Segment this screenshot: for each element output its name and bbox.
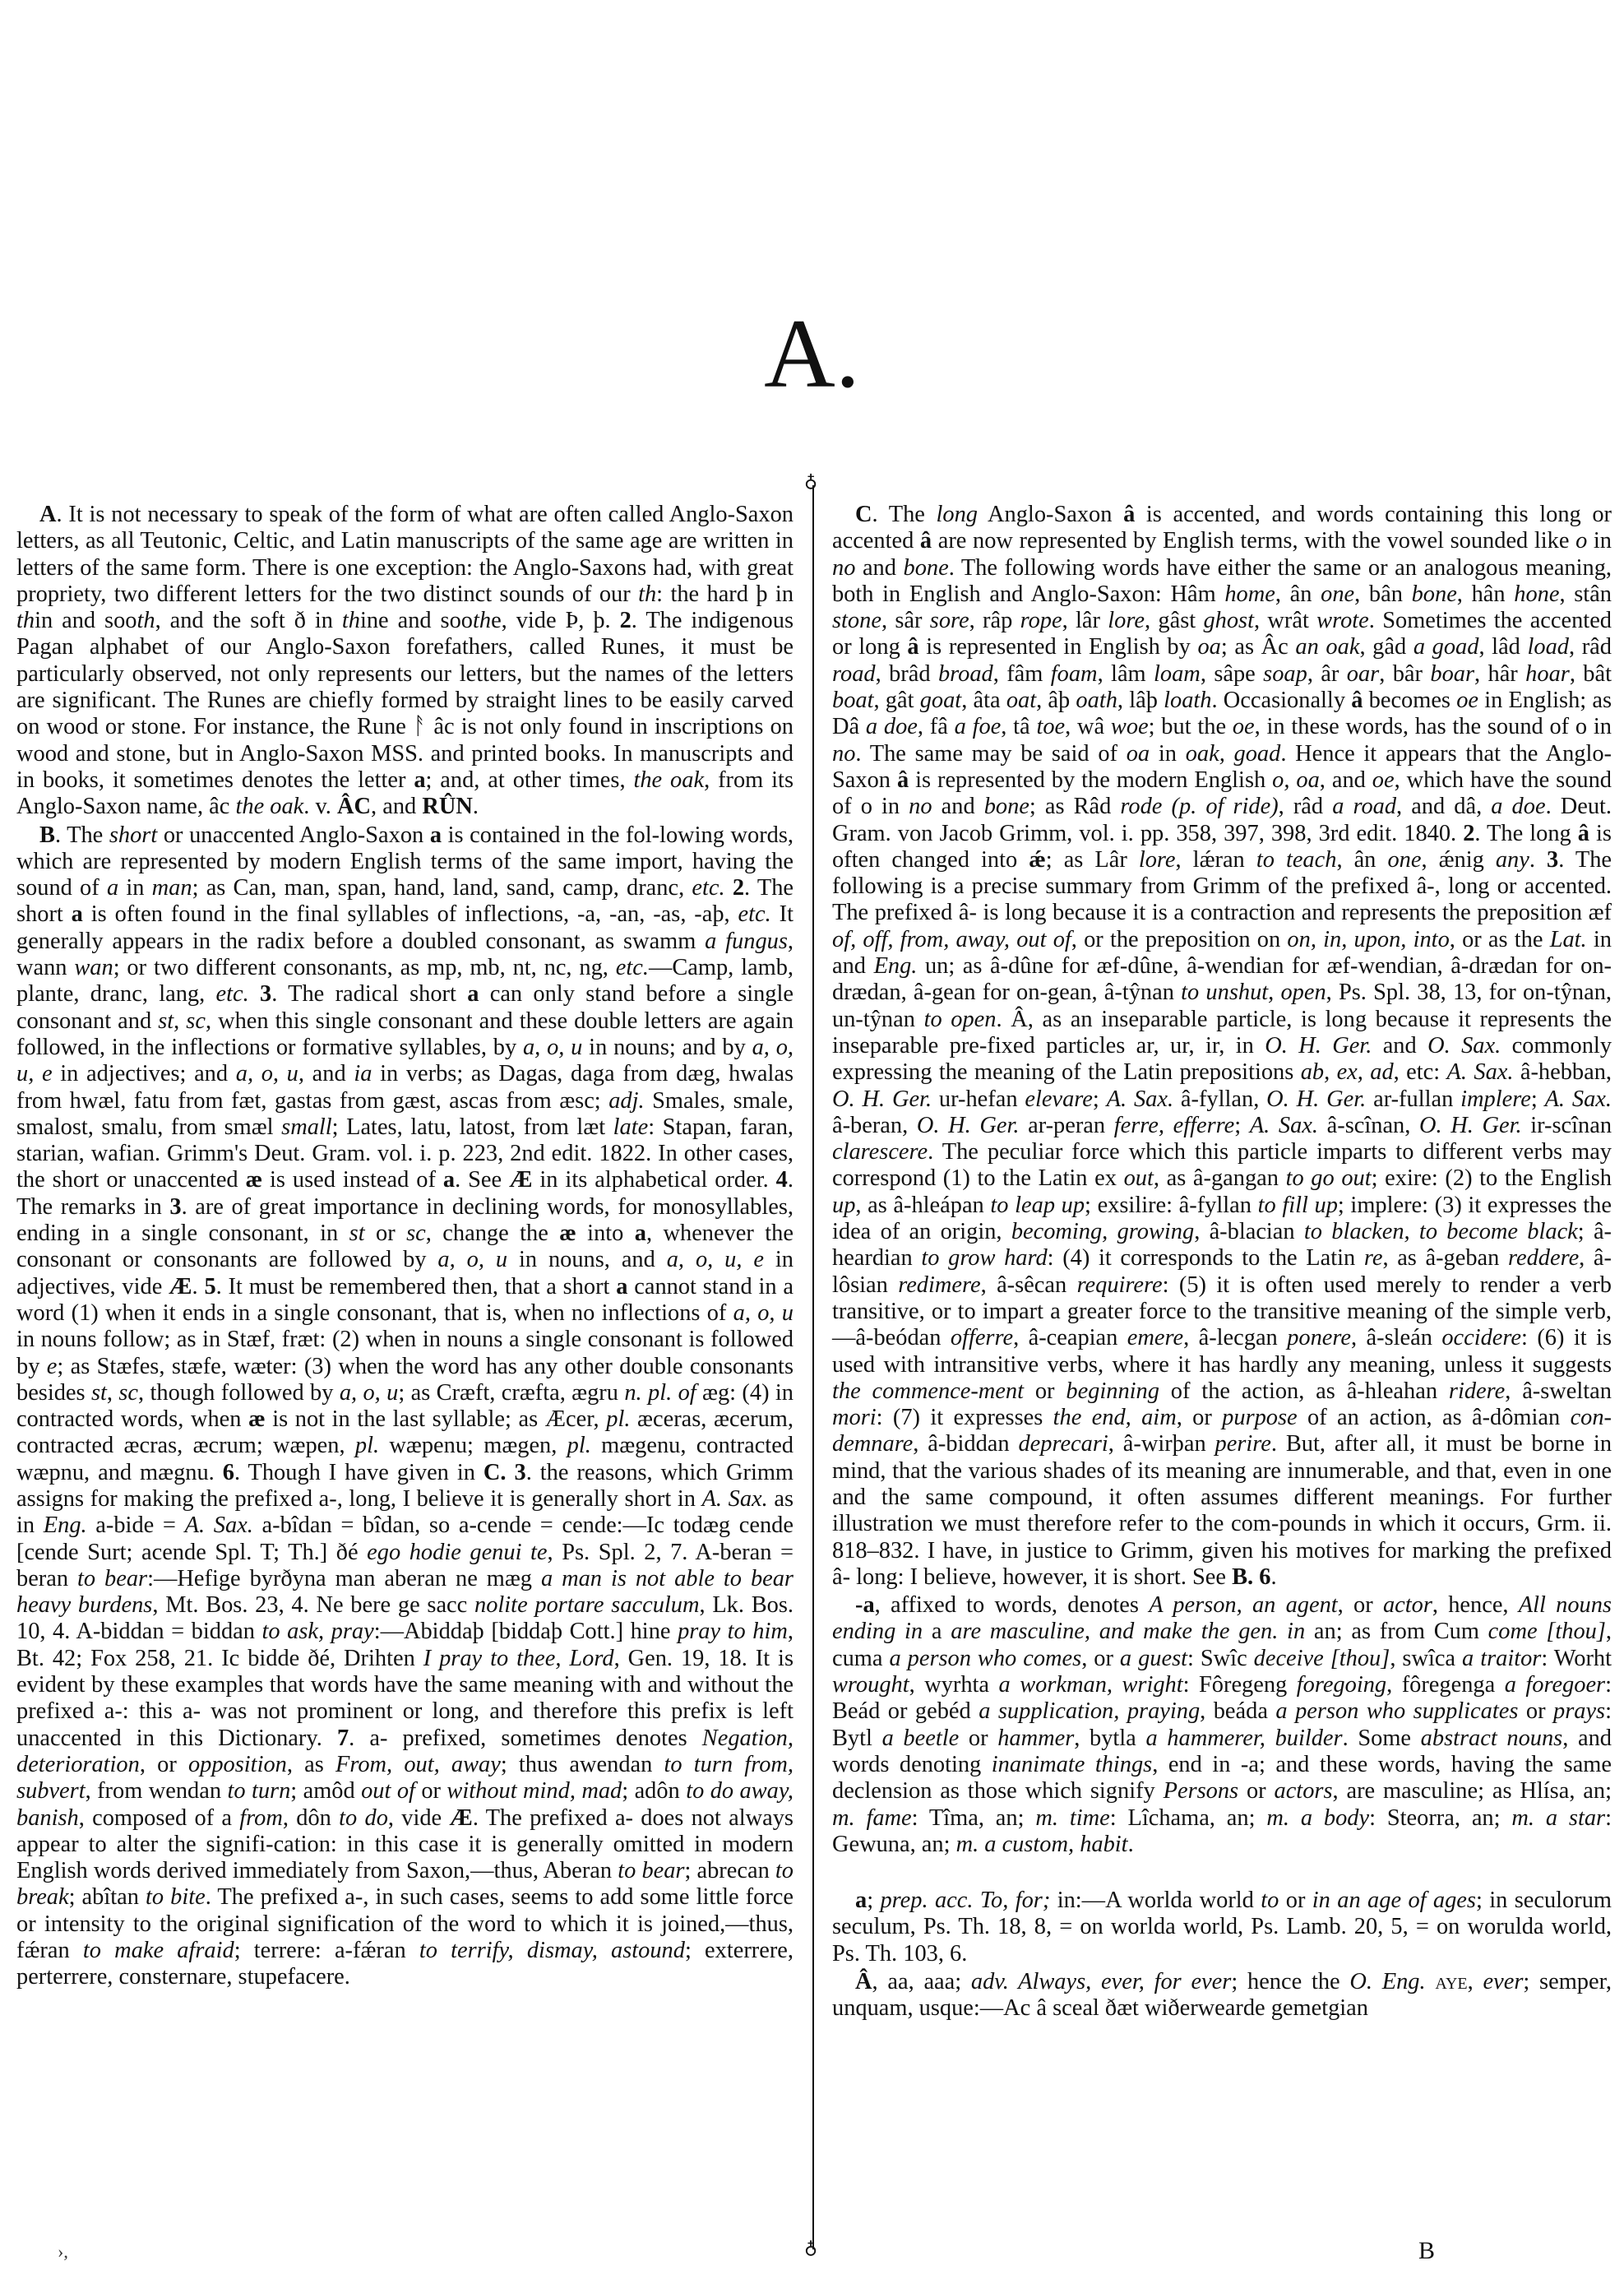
headword: 3 bbox=[169, 1194, 181, 1220]
body-text: â-scînan, bbox=[1318, 1113, 1419, 1138]
body-text: , sâpe bbox=[1201, 661, 1263, 687]
body-text: , and bbox=[1320, 767, 1372, 793]
italic-gloss: a, o, u, e bbox=[667, 1247, 764, 1272]
headword: a bbox=[443, 1167, 455, 1193]
body-text: , gât bbox=[873, 688, 919, 713]
body-text: , bât bbox=[1570, 661, 1612, 687]
italic-gloss: the oak bbox=[235, 794, 303, 819]
body-text: , affixed to words, denotes bbox=[875, 1592, 1150, 1618]
italic-gloss: st bbox=[91, 1380, 107, 1406]
italic-gloss: goat bbox=[920, 688, 961, 713]
body-text: , though followed by bbox=[138, 1380, 340, 1406]
headword: â bbox=[897, 767, 909, 793]
italic-gloss: to bbox=[1261, 1888, 1279, 1913]
body-text: of the action, as â-hleahan bbox=[1159, 1378, 1449, 1404]
entry-paragraph-a: A. It is not necessary to speak of the f… bbox=[16, 502, 793, 821]
body-text: , âta bbox=[961, 688, 1006, 713]
body-text: , tâ bbox=[1001, 714, 1036, 739]
body-text: becomes bbox=[1363, 688, 1456, 713]
headword: C. 3 bbox=[483, 1460, 526, 1485]
italic-gloss: A. Sax. bbox=[702, 1486, 768, 1512]
italic-gloss: sc bbox=[118, 1380, 138, 1406]
body-text: , lâr bbox=[1062, 608, 1108, 633]
body-text: e, vide Þ, þ. bbox=[491, 608, 620, 633]
italic-gloss: actor bbox=[1383, 1592, 1432, 1618]
headword: 5 bbox=[204, 1274, 215, 1299]
body-text: or bbox=[365, 1221, 407, 1246]
italic-gloss: a beetle bbox=[882, 1726, 960, 1751]
italic-gloss: to bite bbox=[146, 1884, 206, 1910]
italic-gloss: O. Sax. bbox=[1427, 1033, 1501, 1059]
body-text bbox=[1426, 1969, 1436, 1994]
body-text: : (4) it corresponds to the Latin bbox=[1048, 1245, 1364, 1271]
italic-gloss: late bbox=[613, 1114, 649, 1140]
body-text: and bbox=[1372, 1033, 1427, 1059]
body-text: : Lîchama, an; bbox=[1110, 1805, 1267, 1831]
italic-gloss: short bbox=[109, 822, 157, 848]
entry-paragraph--a: -a, affixed to words, denotes A person, … bbox=[832, 1592, 1612, 1858]
italic-gloss: loath bbox=[1164, 688, 1211, 713]
italic-gloss: m. a body bbox=[1266, 1805, 1369, 1831]
italic-gloss: to blacken, to become black bbox=[1304, 1219, 1578, 1244]
body-text: . Some bbox=[1343, 1726, 1421, 1751]
body-text: or bbox=[1238, 1778, 1274, 1804]
body-text: , bân bbox=[1354, 581, 1411, 607]
headword: a bbox=[72, 901, 83, 927]
body-text: . bbox=[1128, 1832, 1134, 1857]
left-column: A. It is not necessary to speak of the f… bbox=[16, 502, 793, 1991]
headword: â bbox=[1123, 502, 1135, 527]
body-text: , or the preposition on bbox=[1071, 927, 1288, 952]
body-text: , ân bbox=[1275, 581, 1321, 607]
body-text: Anglo-Saxon bbox=[978, 502, 1123, 527]
body-text: and bbox=[932, 794, 984, 819]
italic-gloss: elevare bbox=[1025, 1086, 1092, 1112]
body-text: , and dâ, bbox=[1396, 794, 1491, 819]
headword: æ bbox=[248, 1406, 266, 1432]
body-text: , or bbox=[1081, 1646, 1120, 1671]
italic-gloss: m. a custom, habit bbox=[956, 1832, 1128, 1857]
italic-gloss: th bbox=[342, 608, 360, 633]
body-text: , from wendan bbox=[86, 1778, 228, 1804]
italic-gloss: hone bbox=[1514, 581, 1559, 607]
italic-gloss: pl. bbox=[606, 1406, 630, 1432]
body-text: , as bbox=[287, 1752, 335, 1777]
italic-gloss: oa bbox=[1197, 634, 1220, 660]
italic-gloss: A person, an agent bbox=[1149, 1592, 1337, 1618]
catchword: B bbox=[1418, 2237, 1435, 2265]
italic-gloss: a fungus bbox=[705, 929, 788, 954]
body-text: an; as from Cum bbox=[1305, 1619, 1488, 1644]
body-text: or bbox=[1279, 1888, 1312, 1913]
body-text: , sâr bbox=[881, 608, 930, 633]
italic-gloss: opposition bbox=[188, 1752, 287, 1777]
italic-gloss: purpose bbox=[1222, 1405, 1297, 1430]
body-text: , fâm bbox=[993, 661, 1051, 687]
italic-gloss: O. H. Ger. bbox=[832, 1086, 932, 1112]
body-text: ; or two different consonants, as mp, mb… bbox=[113, 955, 616, 980]
body-text: , or as the bbox=[1450, 927, 1550, 952]
headword: â bbox=[907, 634, 918, 660]
headword: â bbox=[1351, 688, 1363, 713]
body-text: , change the bbox=[426, 1221, 559, 1246]
italic-gloss: are masculine, and make the gen. in bbox=[951, 1619, 1305, 1644]
italic-gloss: to do bbox=[339, 1805, 388, 1831]
italic-gloss: woe bbox=[1111, 714, 1149, 739]
headword: ÂC bbox=[337, 794, 371, 819]
italic-gloss: pl. bbox=[567, 1433, 591, 1458]
body-text: and bbox=[304, 1061, 354, 1086]
italic-gloss: th bbox=[473, 608, 491, 633]
body-text: ur-hefan bbox=[932, 1086, 1025, 1112]
column-rule-ornament-top-icon: ♁ bbox=[804, 472, 817, 490]
italic-gloss: a traitor bbox=[1462, 1646, 1541, 1671]
body-text: , ǽnig bbox=[1421, 847, 1495, 873]
body-text: , or bbox=[1177, 1405, 1222, 1430]
column-divider bbox=[812, 485, 814, 2249]
body-text: is represented in English by bbox=[919, 634, 1198, 660]
entry-paragraph-c: C. The long Anglo-Saxon â is accented, a… bbox=[832, 502, 1612, 1591]
body-text: , bbox=[1468, 1969, 1483, 1994]
italic-gloss: oe bbox=[1456, 688, 1478, 713]
italic-gloss: a person who supplicates bbox=[1275, 1698, 1518, 1724]
italic-gloss: deceive [thou] bbox=[1254, 1646, 1390, 1671]
italic-gloss: a bbox=[107, 875, 118, 901]
italic-gloss: bone bbox=[904, 555, 949, 581]
body-text: â-beran, bbox=[832, 1113, 917, 1138]
italic-gloss: a guest bbox=[1120, 1646, 1187, 1671]
headword: æ bbox=[559, 1221, 576, 1246]
body-text: , brâd bbox=[876, 661, 938, 687]
italic-gloss: A. Sax. bbox=[1250, 1113, 1318, 1138]
body-text: ; exire: (2) to the English bbox=[1372, 1165, 1612, 1191]
body-text: , swîca bbox=[1390, 1646, 1462, 1671]
italic-gloss: A. Sax. bbox=[185, 1513, 253, 1538]
italic-gloss: small bbox=[281, 1114, 332, 1140]
italic-gloss: st bbox=[349, 1221, 365, 1246]
italic-gloss: implere bbox=[1460, 1086, 1531, 1112]
body-text: ; thus awendan bbox=[501, 1752, 664, 1777]
italic-gloss: a foe bbox=[955, 714, 1002, 739]
body-text: , bbox=[107, 1380, 118, 1406]
italic-gloss: from bbox=[239, 1805, 283, 1831]
italic-gloss: Eng. bbox=[44, 1513, 87, 1538]
italic-gloss: a hammerer, builder bbox=[1145, 1726, 1342, 1751]
body-text: , â-sweltan bbox=[1505, 1378, 1612, 1404]
headword: a bbox=[467, 981, 479, 1007]
headword: 2 bbox=[1463, 821, 1474, 846]
italic-gloss: no bbox=[832, 555, 855, 581]
body-text: , or bbox=[1338, 1592, 1383, 1618]
body-text: , fâ bbox=[918, 714, 955, 739]
body-text: of an action, as â-dômian bbox=[1298, 1405, 1571, 1430]
body-text: . It must be remembered then, that a sho… bbox=[216, 1274, 617, 1299]
italic-gloss: wrought bbox=[832, 1672, 909, 1698]
body-text: â-fyllan, bbox=[1173, 1086, 1266, 1112]
body-text: , vide bbox=[388, 1805, 450, 1831]
headword: â bbox=[1578, 821, 1589, 846]
body-text: ir-scînan bbox=[1522, 1113, 1612, 1138]
body-text: , dôn bbox=[283, 1805, 339, 1831]
italic-gloss: ghost bbox=[1203, 608, 1254, 633]
italic-gloss: Lat. bbox=[1550, 927, 1587, 952]
italic-gloss: boar bbox=[1430, 661, 1474, 687]
body-text: , lâþ bbox=[1117, 688, 1164, 713]
italic-gloss: o, oa bbox=[1272, 767, 1320, 793]
body-text: ; as Âc bbox=[1221, 634, 1296, 660]
italic-gloss: a goad bbox=[1413, 634, 1479, 660]
body-text: ; as Can, man, span, hand, land, sand, c… bbox=[192, 875, 692, 901]
italic-gloss: wrote bbox=[1316, 608, 1369, 633]
body-text: ; adôn bbox=[622, 1778, 686, 1804]
body-text: â-hebban, bbox=[1513, 1059, 1612, 1085]
italic-gloss: to turn bbox=[227, 1778, 290, 1804]
italic-gloss: deprecari bbox=[1018, 1431, 1108, 1457]
body-text: : Worht bbox=[1541, 1646, 1612, 1671]
body-text: , as â-hleápan bbox=[855, 1193, 990, 1218]
italic-gloss: oat bbox=[1006, 688, 1036, 713]
body-text: , gâd bbox=[1359, 634, 1413, 660]
body-text: , wrât bbox=[1254, 608, 1316, 633]
body-text: in nouns; and by bbox=[582, 1035, 752, 1060]
entry-paragraph-a-prep: a; prep. acc. To, for; in:—A worlda worl… bbox=[832, 1888, 1612, 1967]
body-text: . The long bbox=[1474, 821, 1577, 846]
italic-gloss: sc bbox=[406, 1221, 426, 1246]
body-text: or bbox=[1518, 1698, 1553, 1724]
body-text: , âþ bbox=[1036, 688, 1076, 713]
italic-gloss: ab, ex, ad bbox=[1301, 1059, 1394, 1085]
italic-gloss: to go out bbox=[1286, 1165, 1372, 1191]
headword: C bbox=[855, 502, 872, 527]
headword: â bbox=[920, 528, 932, 554]
italic-gloss: Persons bbox=[1164, 1778, 1238, 1804]
italic-gloss: O. H. Ger. bbox=[1265, 1033, 1372, 1059]
body-text: ; bbox=[1531, 1086, 1545, 1112]
italic-gloss: to leap up bbox=[990, 1193, 1085, 1218]
italic-gloss: a, o, u, bbox=[236, 1061, 304, 1086]
body-text: a-bide = bbox=[87, 1513, 185, 1538]
italic-gloss: a person who comes bbox=[889, 1646, 1081, 1671]
italic-gloss: a doe bbox=[1491, 794, 1545, 819]
body-text: , â-biddan bbox=[913, 1431, 1018, 1457]
body-text: , hence, bbox=[1432, 1592, 1519, 1618]
italic-gloss: etc. bbox=[738, 901, 771, 927]
italic-gloss: a foregoer bbox=[1505, 1672, 1605, 1698]
italic-gloss: a, o, u bbox=[340, 1380, 399, 1406]
body-text: ; as Lâr bbox=[1046, 847, 1139, 873]
italic-gloss: foregoing bbox=[1297, 1672, 1386, 1698]
body-text: , and the soft ð in bbox=[155, 608, 342, 633]
italic-gloss: the oak bbox=[633, 767, 704, 793]
body-text: or unaccented Anglo-Saxon bbox=[157, 822, 430, 848]
italic-gloss: O. Eng. bbox=[1349, 1969, 1425, 1994]
body-text: . The radical short bbox=[271, 981, 467, 1007]
body-text: is not in the last syllable; as Æcer, bbox=[266, 1406, 607, 1432]
italic-gloss: etc. bbox=[616, 955, 649, 980]
italic-gloss: n. pl. of bbox=[624, 1380, 696, 1406]
italic-gloss: lore bbox=[1108, 608, 1145, 633]
italic-gloss: adv. Always, ever, for ever bbox=[971, 1969, 1231, 1994]
italic-gloss: up bbox=[832, 1193, 855, 1218]
italic-gloss: out bbox=[1124, 1165, 1154, 1191]
headword: a bbox=[635, 1221, 646, 1246]
italic-gloss: offerre bbox=[951, 1325, 1013, 1350]
italic-gloss: out of bbox=[361, 1778, 415, 1804]
body-text: , hân bbox=[1457, 581, 1514, 607]
italic-gloss: A. Sax. bbox=[1107, 1086, 1173, 1112]
italic-gloss: bone bbox=[984, 794, 1029, 819]
italic-gloss: come [thou] bbox=[1488, 1619, 1606, 1644]
italic-gloss: no bbox=[832, 741, 855, 767]
body-text: in its alphabetical order. bbox=[532, 1167, 775, 1193]
italic-gloss: redimere bbox=[898, 1272, 980, 1298]
italic-gloss: rope bbox=[1020, 608, 1062, 633]
italic-gloss: to ask, pray bbox=[262, 1619, 374, 1644]
italic-gloss: soap bbox=[1263, 661, 1307, 687]
italic-gloss: a, o, u bbox=[733, 1300, 793, 1326]
italic-gloss: ferre, efferre bbox=[1114, 1113, 1235, 1138]
italic-gloss: O. H. Ger. bbox=[917, 1113, 1020, 1138]
italic-gloss: ego hodie genui te bbox=[367, 1540, 547, 1565]
italic-gloss: to bear bbox=[618, 1858, 684, 1883]
italic-gloss: emere bbox=[1127, 1325, 1183, 1350]
body-text: . The indigenous Pagan alphabet of our A… bbox=[16, 608, 793, 793]
italic-gloss: th bbox=[16, 608, 35, 633]
headword: 7 bbox=[337, 1726, 349, 1751]
body-text bbox=[725, 875, 733, 901]
body-text: is represented by the modern English bbox=[909, 767, 1272, 793]
body-text: ; bbox=[1093, 1086, 1107, 1112]
body-text: , â-blacian bbox=[1194, 1219, 1304, 1244]
italic-gloss: O. H. Ger. bbox=[1266, 1086, 1366, 1112]
body-text: . bbox=[473, 794, 479, 819]
body-text: , â-sleán bbox=[1351, 1325, 1441, 1350]
italic-gloss: to fill up bbox=[1258, 1193, 1338, 1218]
italic-gloss: oe bbox=[1372, 767, 1395, 793]
italic-gloss: hoar bbox=[1525, 661, 1570, 687]
body-text: , as â-geban bbox=[1382, 1245, 1508, 1271]
italic-gloss: the commence-ment bbox=[832, 1378, 1024, 1404]
italic-gloss: o bbox=[1575, 528, 1587, 554]
body-text: . Occasionally bbox=[1212, 688, 1352, 713]
italic-gloss: to make afraid bbox=[83, 1938, 234, 1963]
italic-gloss: rode (p. of ride) bbox=[1120, 794, 1278, 819]
italic-gloss: mori bbox=[832, 1405, 877, 1430]
italic-gloss: wan bbox=[74, 955, 113, 980]
italic-gloss: broad bbox=[938, 661, 993, 687]
headword: B bbox=[39, 822, 55, 848]
body-text: : (7) it expresses bbox=[877, 1405, 1053, 1430]
italic-gloss: one bbox=[1321, 581, 1354, 607]
body-text: , etc: bbox=[1394, 1059, 1447, 1085]
italic-gloss: ia bbox=[354, 1061, 372, 1086]
italic-gloss: to bear bbox=[77, 1566, 147, 1591]
body-text: , or bbox=[140, 1752, 188, 1777]
italic-gloss: a road bbox=[1332, 794, 1396, 819]
body-text: ; and, at other times, bbox=[426, 767, 634, 793]
body-text bbox=[249, 981, 260, 1007]
italic-gloss: th bbox=[137, 608, 155, 633]
italic-gloss: oar bbox=[1347, 661, 1379, 687]
italic-gloss: the end, aim bbox=[1053, 1405, 1177, 1430]
body-text: , as â-gangan bbox=[1154, 1165, 1286, 1191]
headword: Æ bbox=[509, 1167, 532, 1193]
body-text: . a- prefixed, sometimes denotes bbox=[349, 1726, 702, 1751]
body-text: , â-wirþan bbox=[1108, 1431, 1215, 1457]
small-caps-text: aye bbox=[1435, 1969, 1467, 1994]
italic-gloss: lore bbox=[1139, 847, 1176, 873]
italic-gloss: beginning bbox=[1066, 1378, 1159, 1404]
headword: Æ bbox=[169, 1274, 192, 1299]
headword: 3 bbox=[260, 981, 271, 1007]
italic-gloss: one bbox=[1387, 847, 1421, 873]
italic-gloss: oath bbox=[1076, 688, 1117, 713]
headword: ǽ bbox=[1029, 847, 1046, 873]
body-text: ; bbox=[1234, 1113, 1250, 1138]
headword: 3 bbox=[1547, 847, 1558, 873]
italic-gloss: bone bbox=[1412, 581, 1457, 607]
headword: RÛN bbox=[422, 794, 473, 819]
body-text: :—Abiddaþ [biddaþ Cott.] hine bbox=[374, 1619, 678, 1644]
body-text: , gâst bbox=[1145, 608, 1203, 633]
body-text: , fôregenga bbox=[1386, 1672, 1505, 1698]
body-text: , râd bbox=[1569, 634, 1612, 660]
italic-gloss: to grow hard bbox=[921, 1245, 1047, 1271]
italic-gloss: no bbox=[909, 794, 932, 819]
italic-gloss: loam bbox=[1154, 661, 1201, 687]
body-text: : Steorra, an; bbox=[1369, 1805, 1511, 1831]
body-text: ar-fullan bbox=[1366, 1086, 1460, 1112]
italic-gloss: reddere bbox=[1508, 1245, 1579, 1271]
italic-gloss: A. Sax. bbox=[1545, 1086, 1612, 1112]
italic-gloss: m. a star bbox=[1511, 1805, 1605, 1831]
italic-gloss: man bbox=[152, 875, 192, 901]
body-text: . bbox=[1529, 847, 1547, 873]
italic-gloss: requirere bbox=[1077, 1272, 1163, 1298]
italic-gloss: oa bbox=[1127, 741, 1150, 767]
body-text: , hâr bbox=[1474, 661, 1525, 687]
italic-gloss: pl. bbox=[355, 1433, 379, 1458]
body-text: are now represented by English terms, wi… bbox=[932, 528, 1575, 554]
italic-gloss: inanimate things bbox=[992, 1752, 1152, 1777]
italic-gloss: load bbox=[1528, 634, 1569, 660]
italic-gloss: perire bbox=[1215, 1431, 1271, 1457]
italic-gloss: hammer bbox=[997, 1726, 1074, 1751]
body-text: . Though I have given in bbox=[234, 1460, 483, 1485]
body-text: or bbox=[1024, 1378, 1066, 1404]
body-text: ; amôd bbox=[290, 1778, 361, 1804]
body-text: , ân bbox=[1336, 847, 1387, 873]
body-text: , aa, aaa; bbox=[872, 1969, 971, 1994]
body-text: ine and soo bbox=[360, 608, 473, 633]
body-text: , wâ bbox=[1065, 714, 1111, 739]
italic-gloss: on, in, upon, into bbox=[1287, 927, 1449, 952]
italic-gloss: home bbox=[1224, 581, 1275, 607]
italic-gloss: a doe bbox=[866, 714, 918, 739]
body-text: , â-sêcan bbox=[981, 1272, 1077, 1298]
headword: æ bbox=[246, 1167, 263, 1193]
body-text: , wyrhta bbox=[909, 1672, 999, 1698]
body-text: ; but the bbox=[1149, 714, 1233, 739]
italic-gloss: to teach bbox=[1256, 847, 1337, 873]
body-text: , bâr bbox=[1379, 661, 1430, 687]
italic-gloss: to terrify, dismay, astound bbox=[419, 1938, 685, 1963]
body-text: in bbox=[1587, 528, 1612, 554]
italic-gloss: actors bbox=[1275, 1778, 1333, 1804]
italic-gloss: From, out, away bbox=[335, 1752, 501, 1777]
italic-gloss: ever bbox=[1483, 1969, 1524, 1994]
headword: Â bbox=[855, 1969, 872, 1994]
